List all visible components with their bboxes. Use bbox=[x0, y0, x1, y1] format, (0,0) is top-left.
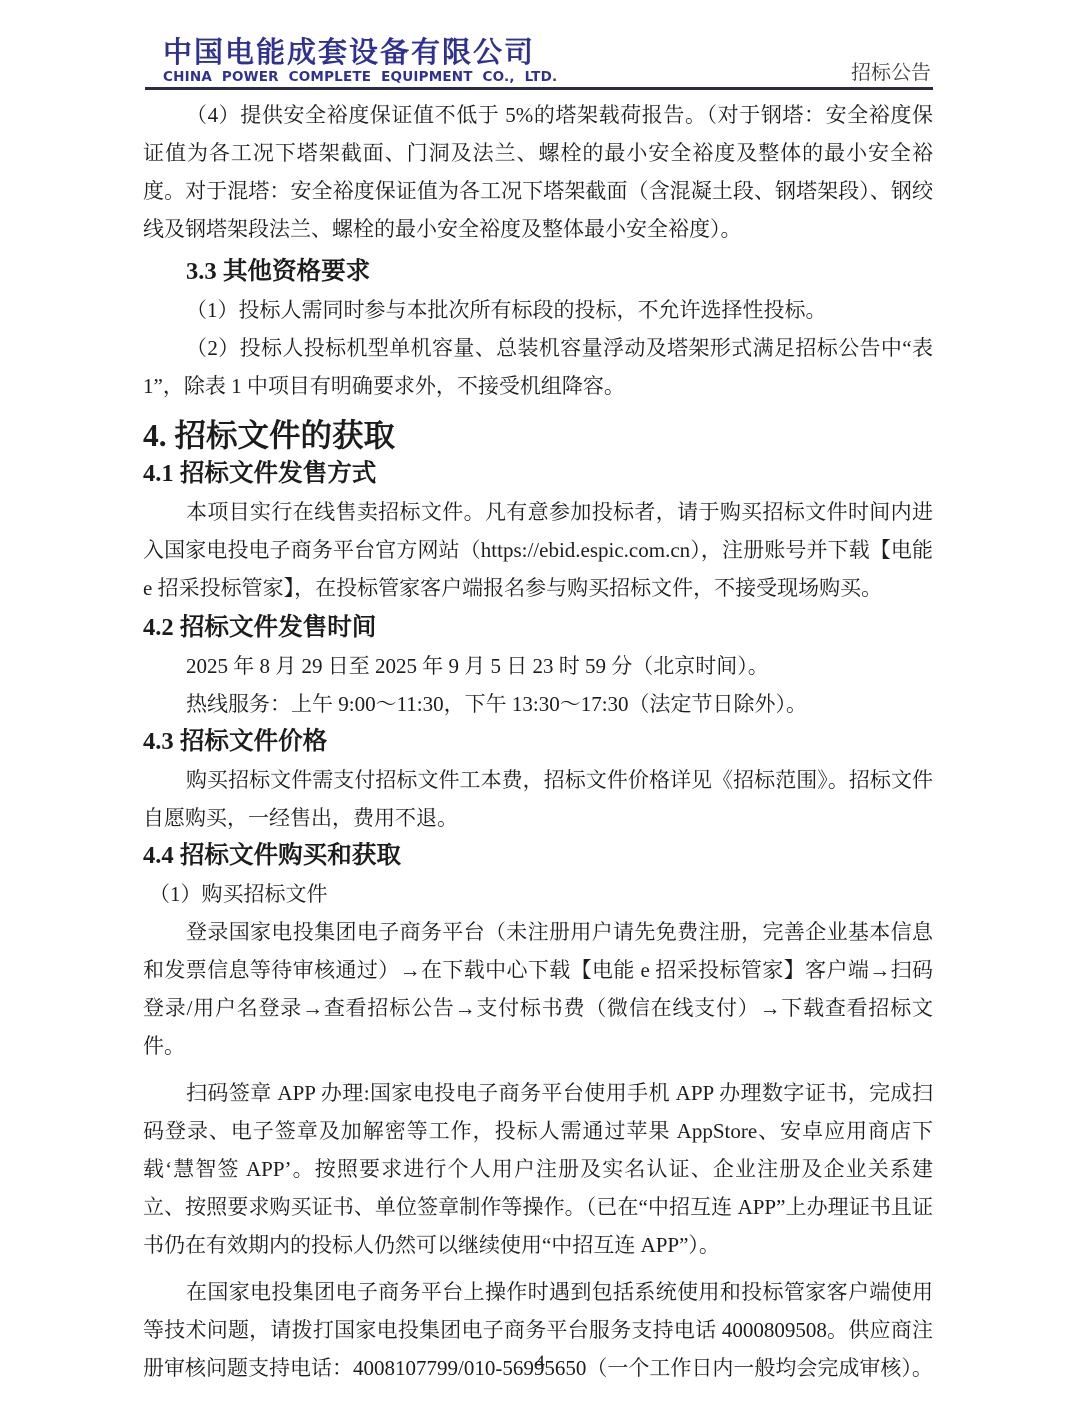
header-divider bbox=[145, 87, 933, 90]
hotline-line: 热线服务：上午 9:00～11:30，下午 13:30～17:30（法定节日除外… bbox=[143, 685, 933, 723]
page-number: 4 bbox=[535, 1352, 545, 1373]
sale-period-line: 2025 年 8 月 29 日至 2025 年 9 月 5 日 23 时 59 … bbox=[143, 647, 933, 685]
document-body: （4）提供安全裕度保证值不低于 5%的塔架载荷报告。（对于钢塔：安全裕度保证值为… bbox=[143, 96, 933, 1387]
document-page: 中国电能成套设备有限公司 CHINA POWER COMPLETE EQUIPM… bbox=[0, 0, 1080, 1405]
company-logo: 中国电能成套设备有限公司 CHINA POWER COMPLETE EQUIPM… bbox=[163, 37, 557, 85]
section-4-1-paragraph: 本项目实行在线售卖招标文件。凡有意参加投标者，请于购买招标文件时间内进入国家电投… bbox=[143, 493, 933, 607]
item-1-paragraph: （1）投标人需同时参与本批次所有标段的投标，不允许选择性投标。 bbox=[143, 291, 933, 329]
item-2-paragraph: （2）投标人投标机型单机容量、总装机容量浮动及塔架形式满足招标公告中“表 1”，… bbox=[143, 329, 933, 405]
section-4-3-paragraph: 购买招标文件需支付招标文件工本费，招标文件价格详见《招标范围》。招标文件自愿购买… bbox=[143, 761, 933, 837]
section-4-heading: 4. 招标文件的获取 bbox=[143, 417, 933, 455]
purchase-steps-paragraph: 登录国家电投集团电子商务平台（未注册用户请先免费注册，完善企业基本信息和发票信息… bbox=[143, 913, 933, 1065]
section-4-1-heading: 4.1 招标文件发售方式 bbox=[143, 455, 933, 493]
company-name-cn: 中国电能成套设备有限公司 bbox=[163, 37, 557, 68]
signature-app-paragraph: 扫码签章 APP 办理:国家电投电子商务平台使用手机 APP 办理数字证书，完成… bbox=[143, 1074, 933, 1264]
section-4-3-heading: 4.3 招标文件价格 bbox=[143, 723, 933, 761]
page-footer: 4 bbox=[0, 1352, 1080, 1374]
purchase-item-heading: （1）购买招标文件 bbox=[143, 875, 933, 913]
doc-type-label: 招标公告 bbox=[851, 56, 931, 85]
page-header: 中国电能成套设备有限公司 CHINA POWER COMPLETE EQUIPM… bbox=[145, 37, 933, 85]
section-4-4-heading: 4.4 招标文件购买和获取 bbox=[143, 837, 933, 875]
section-4-2-heading: 4.2 招标文件发售时间 bbox=[143, 609, 933, 647]
section-3-3-heading: 3.3 其他资格要求 bbox=[143, 253, 933, 291]
company-name-en: CHINA POWER COMPLETE EQUIPMENT CO., LTD. bbox=[163, 70, 557, 85]
clause-4-safety-margin-paragraph: （4）提供安全裕度保证值不低于 5%的塔架载荷报告。（对于钢塔：安全裕度保证值为… bbox=[143, 96, 933, 248]
